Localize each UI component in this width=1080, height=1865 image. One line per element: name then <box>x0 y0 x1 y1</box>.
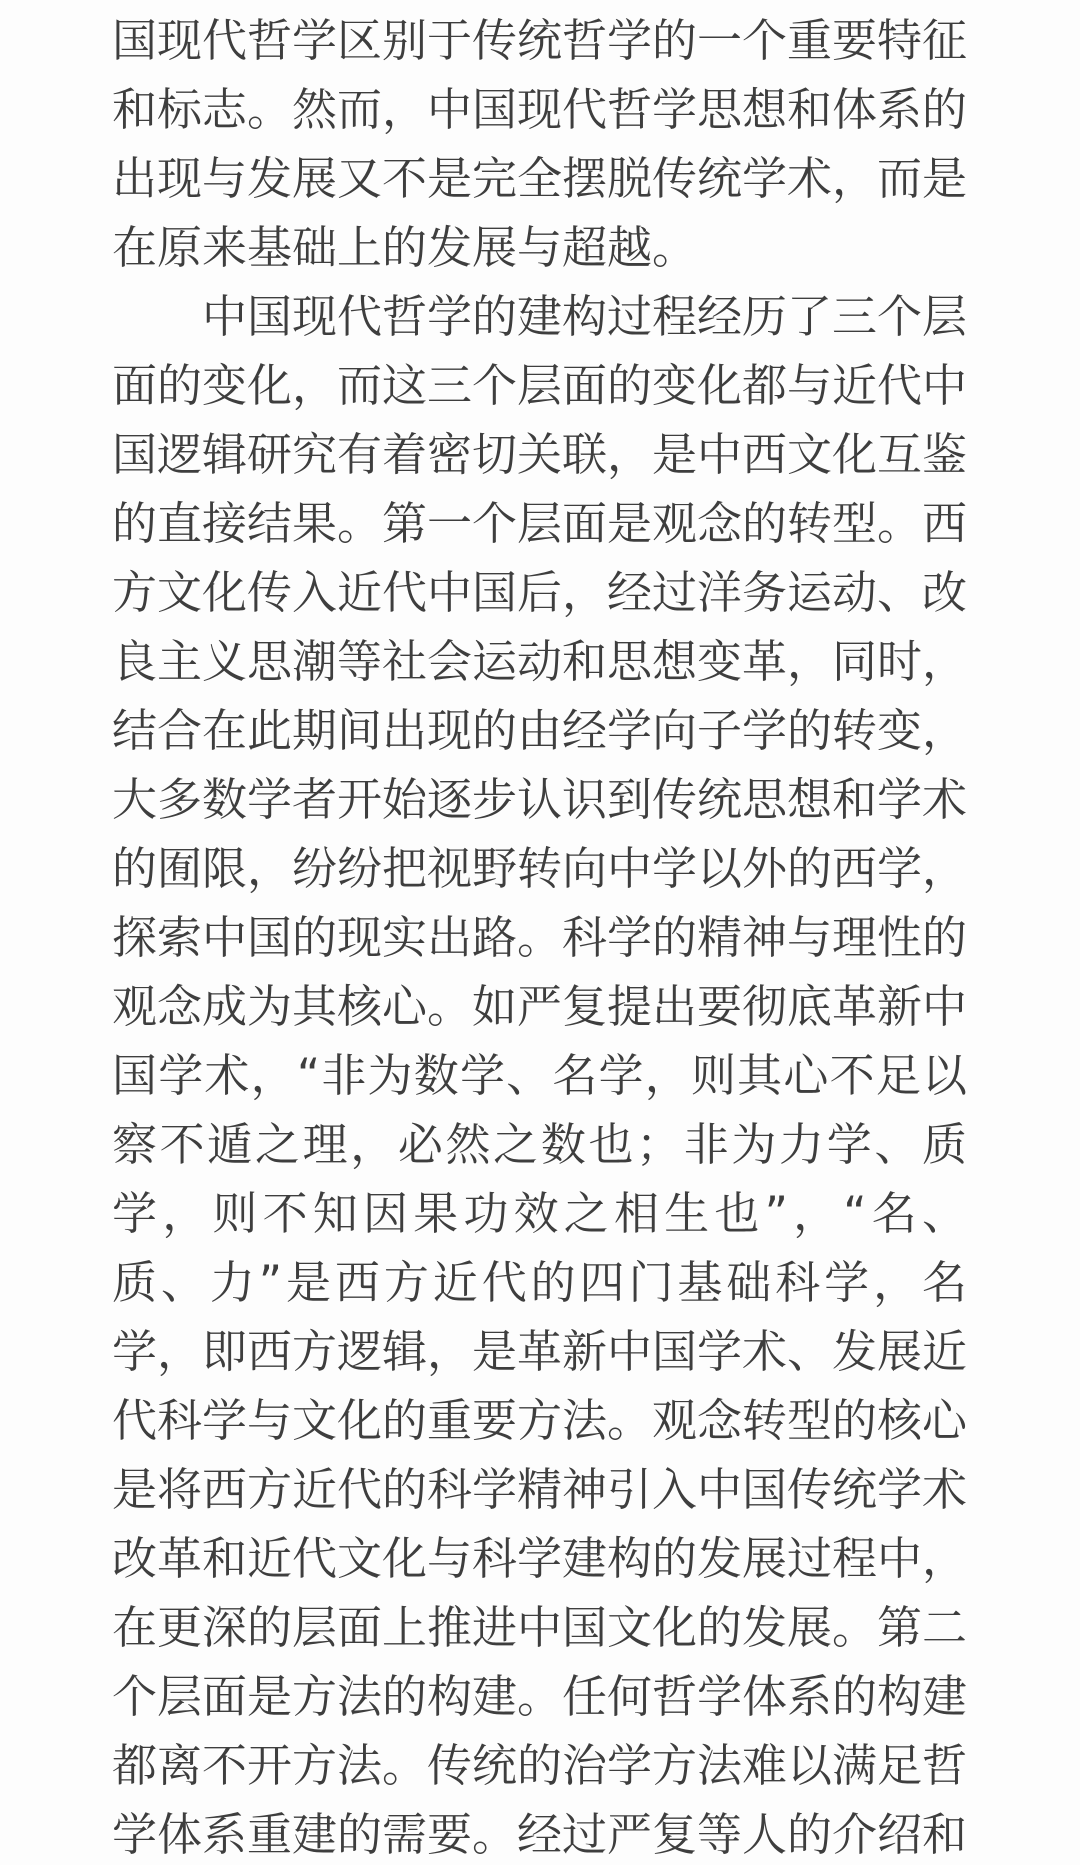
text-line: 学，即西方逻辑，是革新中国学术、发展近 <box>112 1317 967 1386</box>
text-line: 的直接结果。第一个层面是观念的转型。西 <box>112 489 967 558</box>
paragraph: 中国现代哲学的建构过程经历了三个层 面的变化，而这三个层面的变化都与近代中 国逻… <box>112 282 967 1865</box>
text-line: 个层面是方法的构建。任何哲学体系的构建 <box>112 1662 967 1731</box>
text-line: 国学术，“非为数学、名学，则其心不足以 <box>112 1041 967 1110</box>
text-line: 国逻辑研究有着密切关联，是中西文化互鉴 <box>112 420 967 489</box>
text-line: 探索中国的现实出路。科学的精神与理性的 <box>112 903 967 972</box>
text-line: 国现代哲学区别于传统哲学的一个重要特征 <box>112 6 967 75</box>
text-line: 学体系重建的需要。经过严复等人的介绍和 <box>112 1800 967 1865</box>
text-line: 结合在此期间出现的由经学向子学的转变， <box>112 696 967 765</box>
text-line: 在原来基础上的发展与超越。 <box>112 213 967 282</box>
paragraph: 国现代哲学区别于传统哲学的一个重要特征 和标志。然而，中国现代哲学思想和体系的 … <box>112 6 967 282</box>
text-line: 质、力”是西方近代的四门基础科学，名 <box>112 1248 967 1317</box>
text-line: 出现与发展又不是完全摆脱传统学术，而是 <box>112 144 967 213</box>
text-line: 面的变化，而这三个层面的变化都与近代中 <box>112 351 967 420</box>
text-line: 学，则不知因果功效之相生也”，“名、数、 <box>112 1179 967 1248</box>
text-line: 良主义思潮等社会运动和思想变革，同时， <box>112 627 967 696</box>
text-line: 方文化传入近代中国后，经过洋务运动、改 <box>112 558 967 627</box>
text-line: 代科学与文化的重要方法。观念转型的核心 <box>112 1386 967 1455</box>
text-line: 改革和近代文化与科学建构的发展过程中， <box>112 1524 967 1593</box>
text-line: 观念成为其核心。如严复提出要彻底革新中 <box>112 972 967 1041</box>
text-line: 大多数学者开始逐步认识到传统思想和学术 <box>112 765 967 834</box>
text-line: 察不遁之理，必然之数也；非为力学、质 <box>112 1110 967 1179</box>
reading-page[interactable]: 国现代哲学区别于传统哲学的一个重要特征 和标志。然而，中国现代哲学思想和体系的 … <box>0 0 1080 1865</box>
text-line: 和标志。然而，中国现代哲学思想和体系的 <box>112 75 967 144</box>
text-line: 中国现代哲学的建构过程经历了三个层 <box>112 282 967 351</box>
text-line: 的囿限，纷纷把视野转向中学以外的西学， <box>112 834 967 903</box>
text-line: 都离不开方法。传统的治学方法难以满足哲 <box>112 1731 967 1800</box>
text-line: 在更深的层面上推进中国文化的发展。第二 <box>112 1593 967 1662</box>
text-line: 是将西方近代的科学精神引入中国传统学术 <box>112 1455 967 1524</box>
